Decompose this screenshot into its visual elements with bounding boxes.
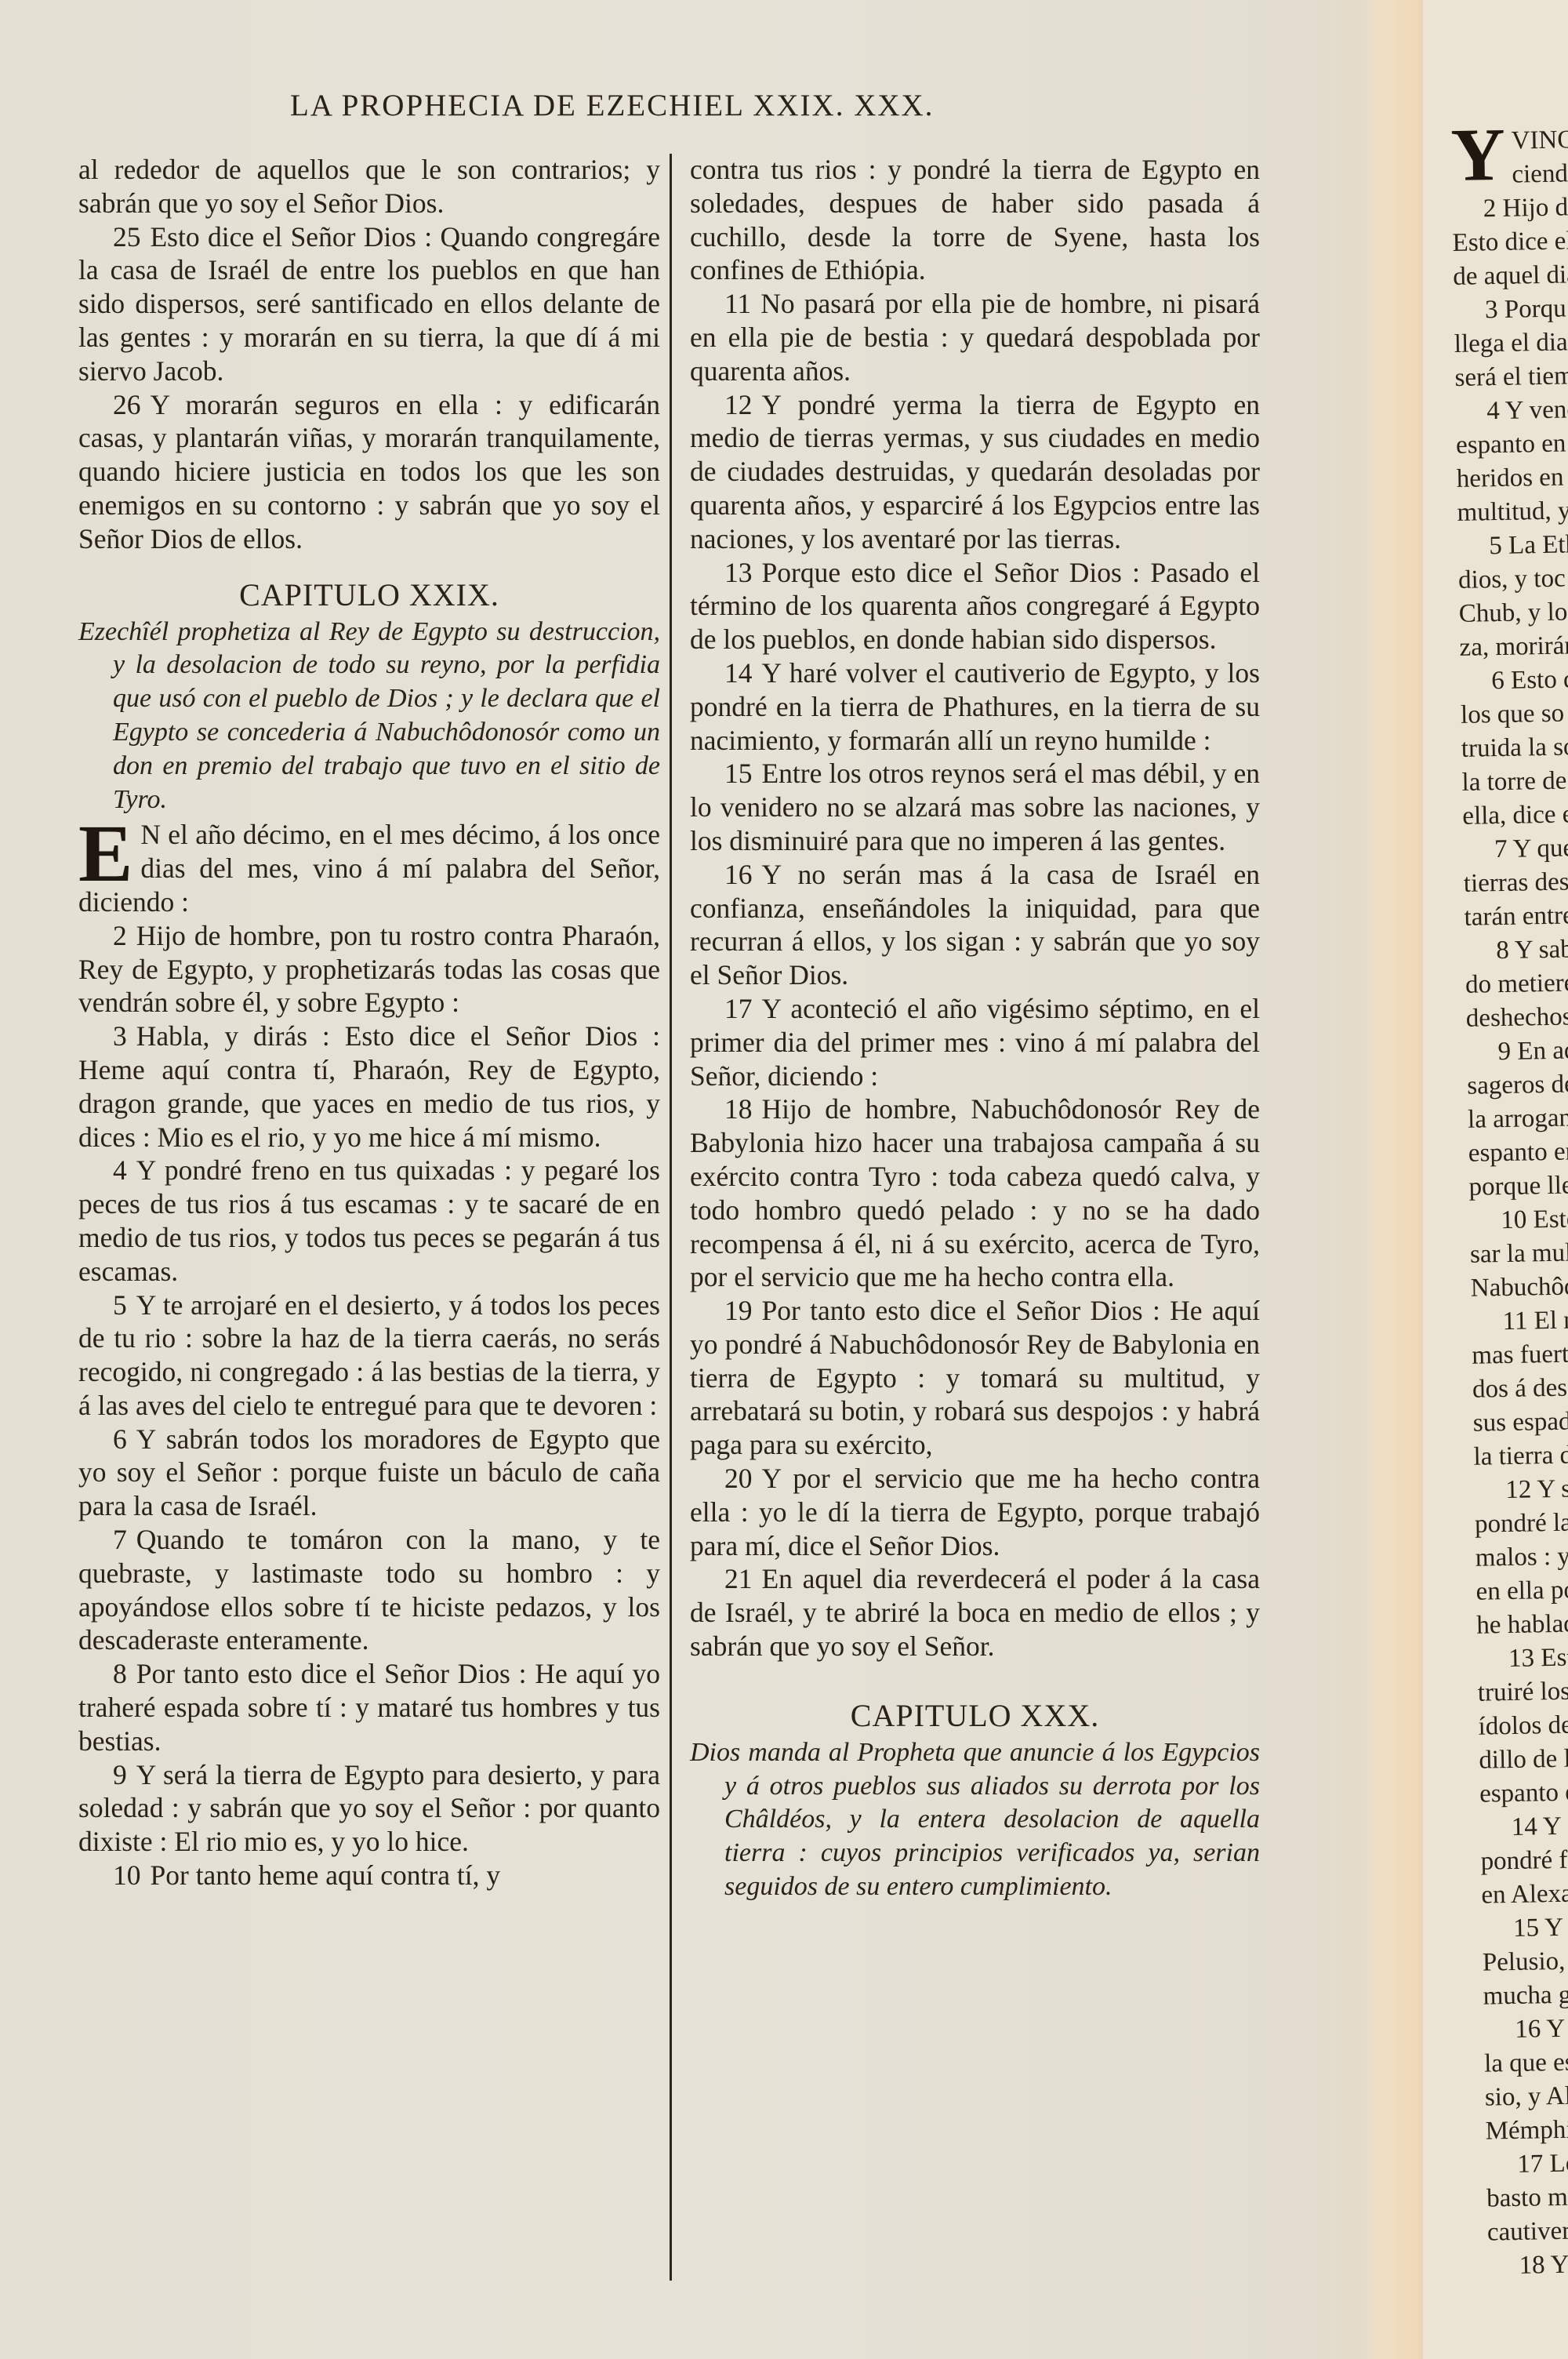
next-page-line: Chub, y los bbox=[1459, 593, 1568, 631]
next-page-line: Nabuchôdo bbox=[1471, 1267, 1568, 1306]
next-page-line: 9 En aq bbox=[1466, 1031, 1568, 1070]
verse-3: 3Habla, y dirás : Esto dice el Señor Dio… bbox=[78, 1020, 660, 1154]
next-page-line: cautiverio bbox=[1487, 2212, 1568, 2250]
continued-paragraph: al rededor de aquellos que le son contra… bbox=[78, 153, 660, 220]
verse-text: Hijo de hombre, pon tu rostro contra Pha… bbox=[78, 920, 660, 1019]
verse-text: Habla, y dirás : Esto dice el Señor Dios… bbox=[78, 1020, 660, 1152]
verse-19: 19Por tanto esto dice el Señor Dios : He… bbox=[690, 1294, 1260, 1462]
verse-number: 19 bbox=[724, 1295, 753, 1326]
next-page-text-fragments: YVINOciendo2 Hijo dEsto dice elde aquel … bbox=[1450, 121, 1568, 2283]
next-page-line: truiré los bbox=[1478, 1672, 1568, 1710]
next-page-line: truida la so bbox=[1461, 728, 1568, 766]
verse-text: Y pondré yerma la tierra de Egypto en me… bbox=[690, 389, 1260, 554]
next-page-line: 3 Porqu bbox=[1454, 289, 1568, 328]
verse-text: Y te arrojaré en el desierto, y á todos … bbox=[78, 1289, 660, 1421]
next-page-line: basto mor bbox=[1486, 2178, 1568, 2216]
verse-10: 10Por tanto heme aquí contra tí, y bbox=[78, 1859, 660, 1892]
next-page-line: mucha gen bbox=[1483, 1976, 1568, 2014]
next-page-line: será el tiem bbox=[1454, 357, 1568, 395]
next-page-line: dios, y toc bbox=[1458, 559, 1568, 598]
verse-1-text: N el año décimo, en el mes décimo, á los… bbox=[78, 819, 660, 918]
verse-number: 20 bbox=[724, 1463, 753, 1494]
book-page-right-partial: YVINOciendo2 Hijo dEsto dice elde aquel … bbox=[1423, 0, 1568, 2359]
next-page-line: espanto en bbox=[1456, 424, 1568, 463]
next-page-line: porque lleg bbox=[1468, 1166, 1568, 1205]
verse-number: 8 bbox=[113, 1658, 127, 1689]
next-page-line: malos : y bbox=[1475, 1537, 1568, 1576]
next-page-line: Esto dice el bbox=[1452, 222, 1568, 260]
next-page-line: heridos en bbox=[1457, 458, 1568, 496]
next-page-line: dillo de la bbox=[1479, 1739, 1568, 1778]
verse-text: Hijo de hombre, Nabuchôdonosór Rey de Ba… bbox=[690, 1093, 1260, 1292]
next-page-line: 10 Esto bbox=[1469, 1200, 1568, 1238]
verse-text: Por tanto esto dice el Señor Dios : He a… bbox=[690, 1295, 1260, 1460]
page-gutter bbox=[1356, 0, 1427, 2359]
next-page-line: sus espadas bbox=[1473, 1402, 1568, 1441]
verse-text: Y haré volver el cautiverio de Egypto, y… bbox=[690, 657, 1260, 756]
next-page-line: de aquel dia bbox=[1453, 256, 1568, 294]
verse-text: Y pondré freno en tus quixadas : y pegar… bbox=[78, 1154, 660, 1286]
next-page-line: tarán entre bbox=[1464, 896, 1568, 935]
verse-21: 21En aquel dia reverdecerá el poder á la… bbox=[690, 1562, 1260, 1663]
next-page-line: do metiere bbox=[1465, 964, 1568, 1002]
verse-text: Y por el servicio que me ha hecho contra… bbox=[690, 1463, 1260, 1561]
next-page-line: la torre de bbox=[1461, 761, 1568, 800]
verse-2: 2Hijo de hombre, pon tu rostro contra Ph… bbox=[78, 919, 660, 1020]
verse-4: 4Y pondré freno en tus quixadas : y pega… bbox=[78, 1154, 660, 1288]
verse-text: Por tanto heme aquí contra tí, y bbox=[151, 1859, 501, 1891]
right-column: contra tus rios : y pondré la tierra de … bbox=[690, 153, 1260, 1906]
verse-number: 16 bbox=[724, 859, 753, 890]
next-page-line: pondré fue bbox=[1480, 1841, 1568, 1879]
next-page-line: los que so bbox=[1461, 694, 1568, 732]
verse-number: 12 bbox=[724, 389, 753, 420]
verse-number: 10 bbox=[113, 1859, 141, 1891]
next-page-line: he hablado bbox=[1476, 1605, 1568, 1643]
verse-16: 16Y no serán mas á la casa de Israél en … bbox=[690, 858, 1260, 992]
verse-number: 6 bbox=[113, 1423, 127, 1455]
next-page-line: 15 Y d bbox=[1482, 1908, 1568, 1946]
next-page-line: 6 Esto d bbox=[1460, 660, 1568, 699]
next-page-line: 16 Y p bbox=[1483, 2009, 1568, 2048]
next-page-line: 17 Los bbox=[1486, 2144, 1568, 2183]
verse-12: 12Y pondré yerma la tierra de Egypto en … bbox=[690, 388, 1260, 556]
next-page-line: ídolos de M bbox=[1478, 1706, 1568, 1744]
verse-1: EN el año décimo, en el mes décimo, á lo… bbox=[78, 818, 660, 918]
verse-number: 14 bbox=[724, 657, 753, 689]
continued-paragraph: contra tus rios : y pondré la tierra de … bbox=[690, 153, 1260, 287]
verse-17: 17Y aconteció el año vigésimo séptimo, e… bbox=[690, 992, 1260, 1092]
left-column: al rededor de aquellos que le son contra… bbox=[78, 153, 660, 1892]
verse-text: Esto dice el Señor Dios : Quando congreg… bbox=[78, 221, 660, 387]
verse-number: 7 bbox=[113, 1524, 127, 1555]
next-page-line: espanto en bbox=[1468, 1132, 1568, 1171]
next-page-line: 13 Esto bbox=[1477, 1638, 1568, 1677]
verse-list-left: 2Hijo de hombre, pon tu rostro contra Ph… bbox=[78, 919, 660, 1892]
next-page-line: 14 Y as bbox=[1480, 1807, 1568, 1845]
verse-text: En aquel dia reverdecerá el poder á la c… bbox=[690, 1563, 1260, 1662]
next-page-line: espanto en bbox=[1479, 1773, 1568, 1812]
verse-text: No pasará por ella pie de hombre, ni pis… bbox=[690, 288, 1260, 387]
verse-number: 5 bbox=[113, 1289, 127, 1321]
verse-text: Porque esto dice el Señor Dios : Pasado … bbox=[690, 557, 1260, 656]
verse-26: 26Y morarán seguros en ella : y edificar… bbox=[78, 388, 660, 556]
verse-text: Quando te tomáron con la mano, y te queb… bbox=[78, 1524, 660, 1656]
next-page-line: 11 El m bbox=[1471, 1301, 1568, 1339]
verse-number: 2 bbox=[113, 920, 127, 951]
verse-18: 18Hijo de hombre, Nabuchôdonosór Rey de … bbox=[690, 1092, 1260, 1294]
verse-list-right: 11No pasará por ella pie de hombre, ni p… bbox=[690, 287, 1260, 1663]
verse-number: 21 bbox=[724, 1563, 753, 1594]
verse-14: 14Y haré volver el cautiverio de Egypto,… bbox=[690, 656, 1260, 757]
verse-number: 25 bbox=[113, 221, 141, 253]
verse-number: 17 bbox=[724, 993, 753, 1024]
verse-number: 15 bbox=[724, 758, 753, 789]
next-page-line: 12 Y se bbox=[1474, 1470, 1568, 1508]
verse-text: Y aconteció el año vigésimo séptimo, en … bbox=[690, 993, 1260, 1092]
verse-20: 20Y por el servicio que me ha hecho cont… bbox=[690, 1462, 1260, 1562]
verse-15: 15Entre los otros reynos será el mas déb… bbox=[690, 757, 1260, 857]
verse-13: 13Porque esto dice el Señor Dios : Pasad… bbox=[690, 556, 1260, 656]
verse-text: Por tanto esto dice el Señor Dios : He a… bbox=[78, 1658, 660, 1757]
chapter-summary-xxix: Ezechîél prophetiza al Rey de Egypto su … bbox=[78, 616, 660, 817]
next-page-line: 8 Y sabı bbox=[1465, 930, 1568, 969]
column-divider-rule bbox=[670, 154, 672, 2281]
verse-text: Y sabrán todos los moradores de Egypto q… bbox=[78, 1423, 660, 1522]
verse-5: 5Y te arrojaré en el desierto, y á todos… bbox=[78, 1289, 660, 1423]
verse-number: 3 bbox=[113, 1020, 127, 1052]
next-page-line: llega el dia bbox=[1454, 323, 1568, 362]
verse-text: Entre los otros reynos será el mas débil… bbox=[690, 758, 1260, 856]
next-page-line: la tierra de bbox=[1473, 1436, 1568, 1474]
next-page-line: sageros des bbox=[1467, 1065, 1568, 1103]
next-page-line: pondré la bbox=[1475, 1503, 1568, 1542]
verse-25: 25Esto dice el Señor Dios : Quando congr… bbox=[78, 220, 660, 388]
next-page-line: sar la mult bbox=[1470, 1234, 1568, 1272]
next-page-line: Mémphis bbox=[1485, 2110, 1568, 2149]
verse-number: 18 bbox=[724, 1093, 753, 1125]
next-page-line: sio, y Al bbox=[1485, 2077, 1568, 2115]
verse-text: Y morarán seguros en ella : y edificarán… bbox=[78, 389, 660, 554]
next-page-line: la arrogan bbox=[1468, 1099, 1568, 1137]
chapter-heading-xxx: CAPITULO XXX. bbox=[690, 1698, 1260, 1734]
next-page-line: la que est bbox=[1484, 2043, 1568, 2081]
next-page-line: 7 Y que bbox=[1463, 829, 1568, 867]
verse-number: 26 bbox=[113, 389, 141, 420]
verse-6: 6Y sabrán todos los moradores de Egypto … bbox=[78, 1423, 660, 1523]
next-page-line: multitud, y bbox=[1457, 492, 1568, 530]
next-page-line: ella, dice el bbox=[1462, 795, 1568, 834]
verse-9: 9Y será la tierra de Egypto para desiert… bbox=[78, 1758, 660, 1859]
running-head: LA PROPHECIA DE EZECHIEL XXIX. XXX. bbox=[290, 88, 1074, 123]
verse-number: 13 bbox=[724, 557, 753, 588]
verse-8: 8Por tanto esto dice el Señor Dios : He … bbox=[78, 1657, 660, 1757]
drop-cap-letter: E bbox=[78, 821, 132, 887]
next-page-line: za, morirán bbox=[1459, 627, 1568, 665]
next-page-line: tierras deso bbox=[1464, 863, 1568, 901]
next-page-line: Pelusio, fo bbox=[1483, 1942, 1568, 1980]
chapter-summary-xxx: Dios manda al Propheta que anuncie á los… bbox=[690, 1736, 1260, 1904]
next-page-line: 18 Y bbox=[1487, 2245, 1568, 2284]
verse-number: 11 bbox=[724, 288, 751, 319]
next-page-line: mas fuertes bbox=[1472, 1335, 1568, 1373]
next-page-line: 5 La Eth bbox=[1457, 525, 1568, 564]
next-page-line: en ella por bbox=[1475, 1571, 1568, 1609]
next-page-line: deshechos t bbox=[1466, 998, 1568, 1036]
verse-number: 9 bbox=[113, 1759, 127, 1790]
verse-text: Y será la tierra de Egypto para desierto… bbox=[78, 1759, 660, 1858]
verse-list-ch28: 25Esto dice el Señor Dios : Quando congr… bbox=[78, 220, 660, 556]
next-page-line: 4 Y venc bbox=[1455, 391, 1568, 429]
verse-number: 4 bbox=[113, 1154, 127, 1186]
next-page-line: en Alexan bbox=[1481, 1874, 1568, 1913]
verse-7: 7Quando te tomáron con la mano, y te que… bbox=[78, 1523, 660, 1657]
next-page-drop-cap: Y bbox=[1450, 125, 1506, 185]
chapter-heading-xxix: CAPITULO XXIX. bbox=[78, 577, 660, 613]
verse-text: Y no serán mas á la casa de Israél en co… bbox=[690, 859, 1260, 990]
verse-11: 11No pasará por ella pie de hombre, ni p… bbox=[690, 287, 1260, 387]
next-page-line: dos á desol bbox=[1472, 1369, 1568, 1407]
